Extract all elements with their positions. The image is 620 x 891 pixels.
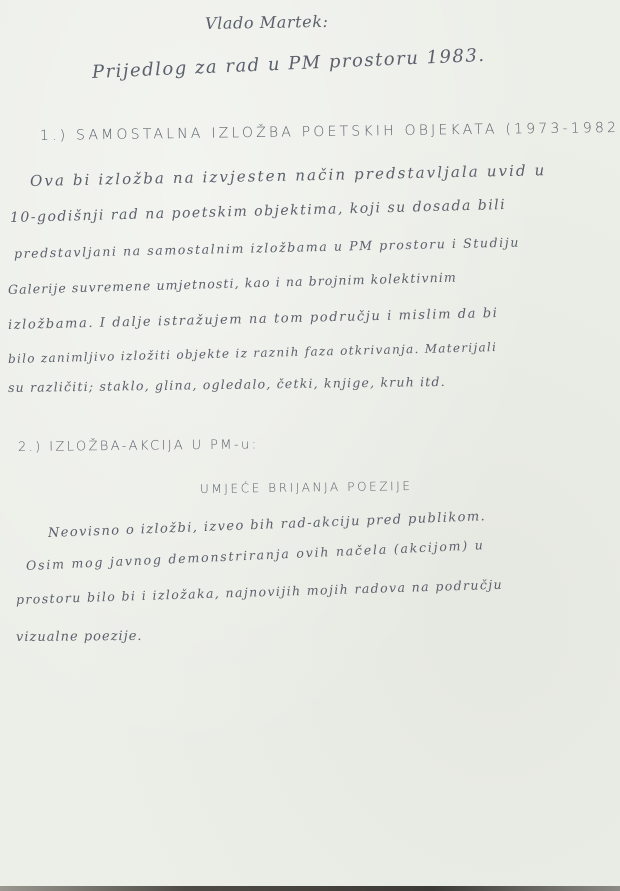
section-1-heading: 1.) SAMOSTALNA IZLOŽBA POETSKIH OBJEKATA…	[40, 120, 620, 144]
section-2-line: vizualne poezije.	[16, 629, 143, 645]
section-1-line: su različiti; staklo, glina, ogledalo, č…	[8, 374, 446, 395]
section-1-line: Galerije suvremene umjetnosti, kao i na …	[8, 269, 457, 297]
author-name: Vlado Martek:	[205, 12, 329, 33]
section-2-line: Osim mog javnog demonstriranja ovih nače…	[26, 537, 485, 573]
document-title: Prijedlog za rad u PM prostoru 1983.	[92, 45, 486, 83]
section-2-line: prostoru bilo bi i izložaka, najnovijih …	[16, 577, 503, 607]
section-1-line: izložbama. I dalje istražujem na tom pod…	[8, 306, 499, 333]
section-1-line: predstavljani na samostalnim izložbama u…	[14, 235, 520, 261]
scan-bottom-edge	[0, 886, 620, 891]
section-1-line: 10-godišnji rad na poetskim objektima, k…	[10, 197, 507, 226]
document-page: Vlado Martek: Prijedlog za rad u PM pros…	[0, 0, 620, 886]
section-1-line: Ova bi izložba na izvjesten način predst…	[30, 161, 547, 190]
section-2-subheading: UMJEĆE BRIJANJA POEZIJE	[200, 479, 413, 496]
section-2-line: Neovisno o izložbi, izveo bih rad-akciju…	[48, 509, 487, 541]
section-2-heading: 2.) IZLOŽBA-AKCIJA U PM-u:	[18, 437, 259, 455]
section-1-line: bilo zanimljivo izložiti objekte iz razn…	[8, 340, 498, 366]
